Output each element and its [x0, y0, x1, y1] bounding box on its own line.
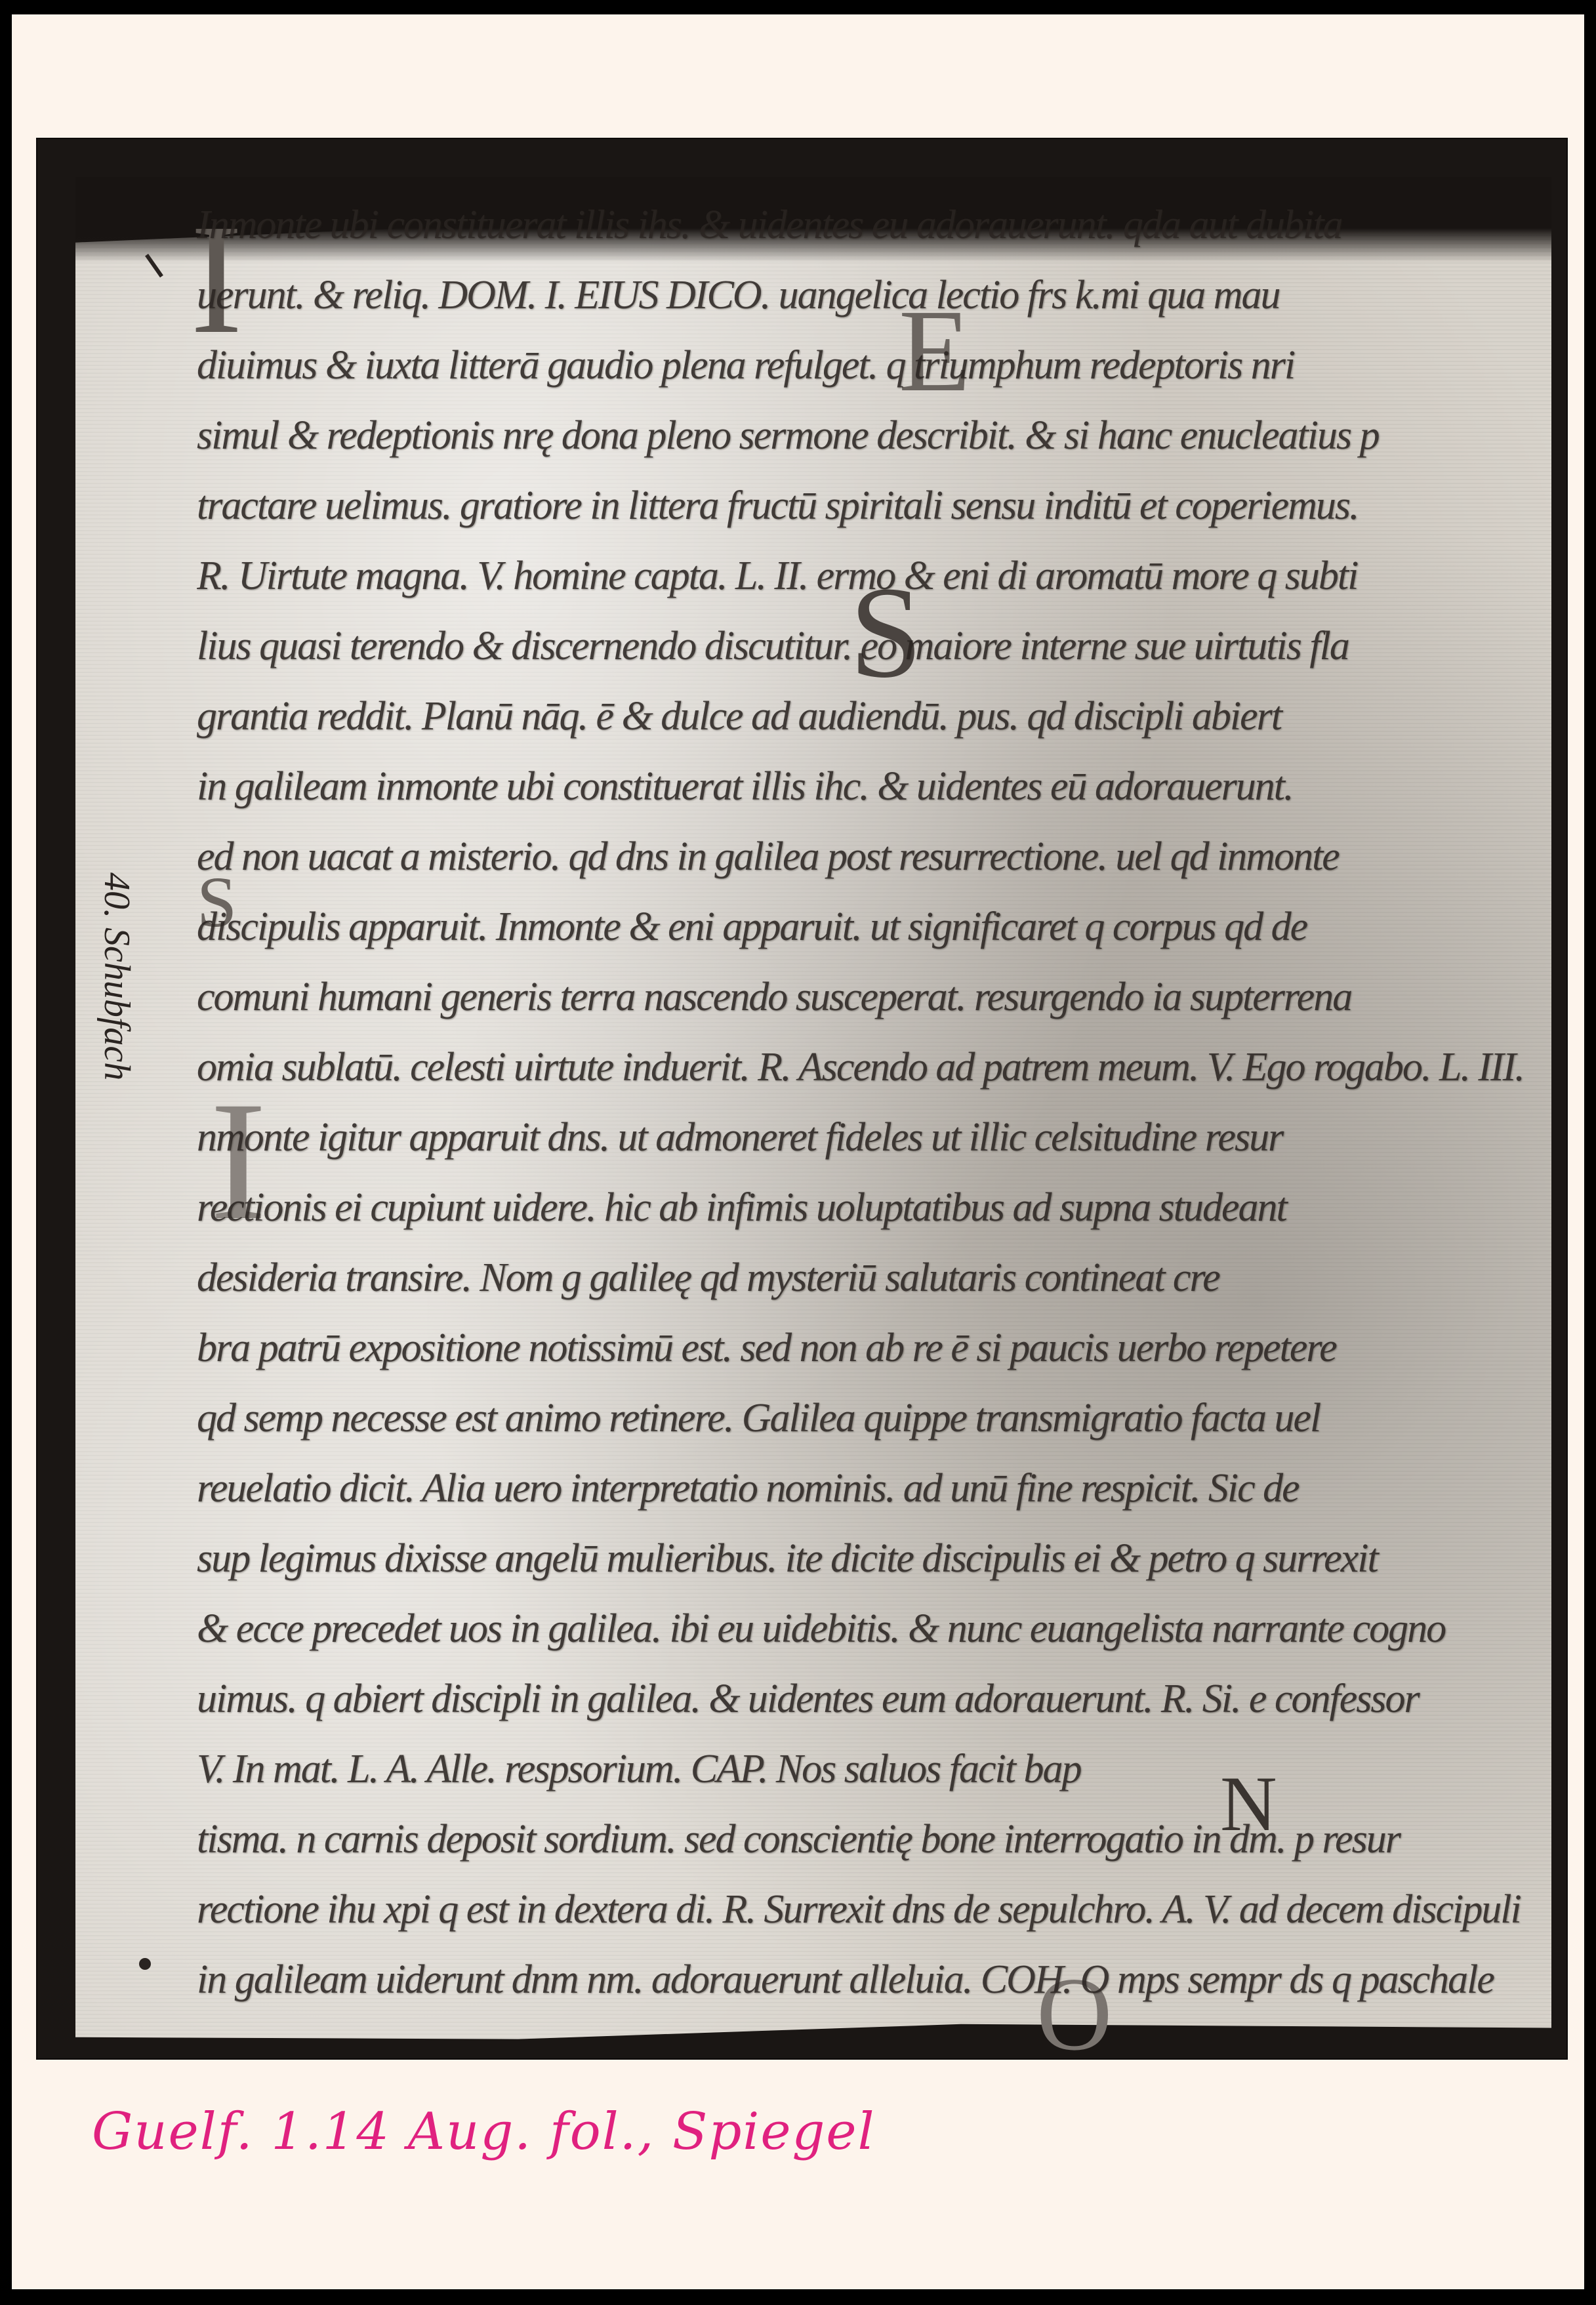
text-line: omia sublatū. celesti uirtute induerit. … [197, 1032, 1548, 1103]
shelfmark-margin-note: 40. Schubfach [96, 872, 138, 1080]
text-line: nmonte igitur apparuit dns. ut admoneret… [197, 1103, 1548, 1173]
text-line: simul & redeptionis nrę dona pleno sermo… [197, 401, 1548, 471]
text-line: grantia reddit. Planū nāq. ē & dulce ad … [197, 682, 1548, 752]
text-line: in galileam uiderunt dnm nm. adorauerunt… [197, 1945, 1548, 2015]
text-line: uerunt. & reliq. DOM. I. EIUS DICO. uang… [197, 260, 1548, 331]
manuscript-text-block: Inmonte ubi constituerat illis ihs. & ui… [197, 190, 1548, 2015]
text-line: tractare uelimus. gratiore in littera fr… [197, 471, 1548, 541]
text-line: sup legimus dixisse angelū mulieribus. i… [197, 1524, 1548, 1594]
text-line: desideria transire. Nom g galileę qd mys… [197, 1243, 1548, 1313]
text-line: uimus. q abiert discipli in galilea. & u… [197, 1664, 1548, 1734]
text-line: in galileam inmonte ubi constituerat ill… [197, 752, 1548, 822]
text-line: reuelatio dicit. Alia uero interpretatio… [197, 1454, 1548, 1524]
text-line: rectione ihu xpi q est in dextera di. R.… [197, 1875, 1548, 1945]
text-line: qd semp necesse est animo retinere. Gali… [197, 1383, 1548, 1454]
text-line: tisma. n carnis deposit sordium. sed con… [197, 1805, 1548, 1875]
margin-dot [139, 1958, 151, 1970]
text-line: lius quasi terendo & discernendo discuti… [197, 611, 1548, 682]
text-line: diuimus & iuxta litterā gaudio plena ref… [197, 331, 1548, 401]
text-line: Inmonte ubi constituerat illis ihs. & ui… [197, 190, 1548, 260]
text-line: ed non uacat a misterio. qd dns in galil… [197, 822, 1548, 892]
text-line: V. In mat. L. A. Alle. respsorium. CAP. … [197, 1734, 1548, 1805]
text-line: discipulis apparuit. Inmonte & eni appar… [197, 892, 1548, 962]
text-line: comuni humani generis terra nascendo sus… [197, 962, 1548, 1032]
text-line: bra patrū expositione notissimū est. sed… [197, 1313, 1548, 1383]
text-line: rectionis ei cupiunt uidere. hic ab infi… [197, 1173, 1548, 1243]
text-line: & ecce precedet uos in galilea. ibi eu u… [197, 1594, 1548, 1664]
handwritten-caption: Guelf. 1.14 Aug. fol., Spiegel [92, 2102, 876, 2161]
text-line: R. Uirtute magna. V. homine capta. L. II… [197, 541, 1548, 611]
